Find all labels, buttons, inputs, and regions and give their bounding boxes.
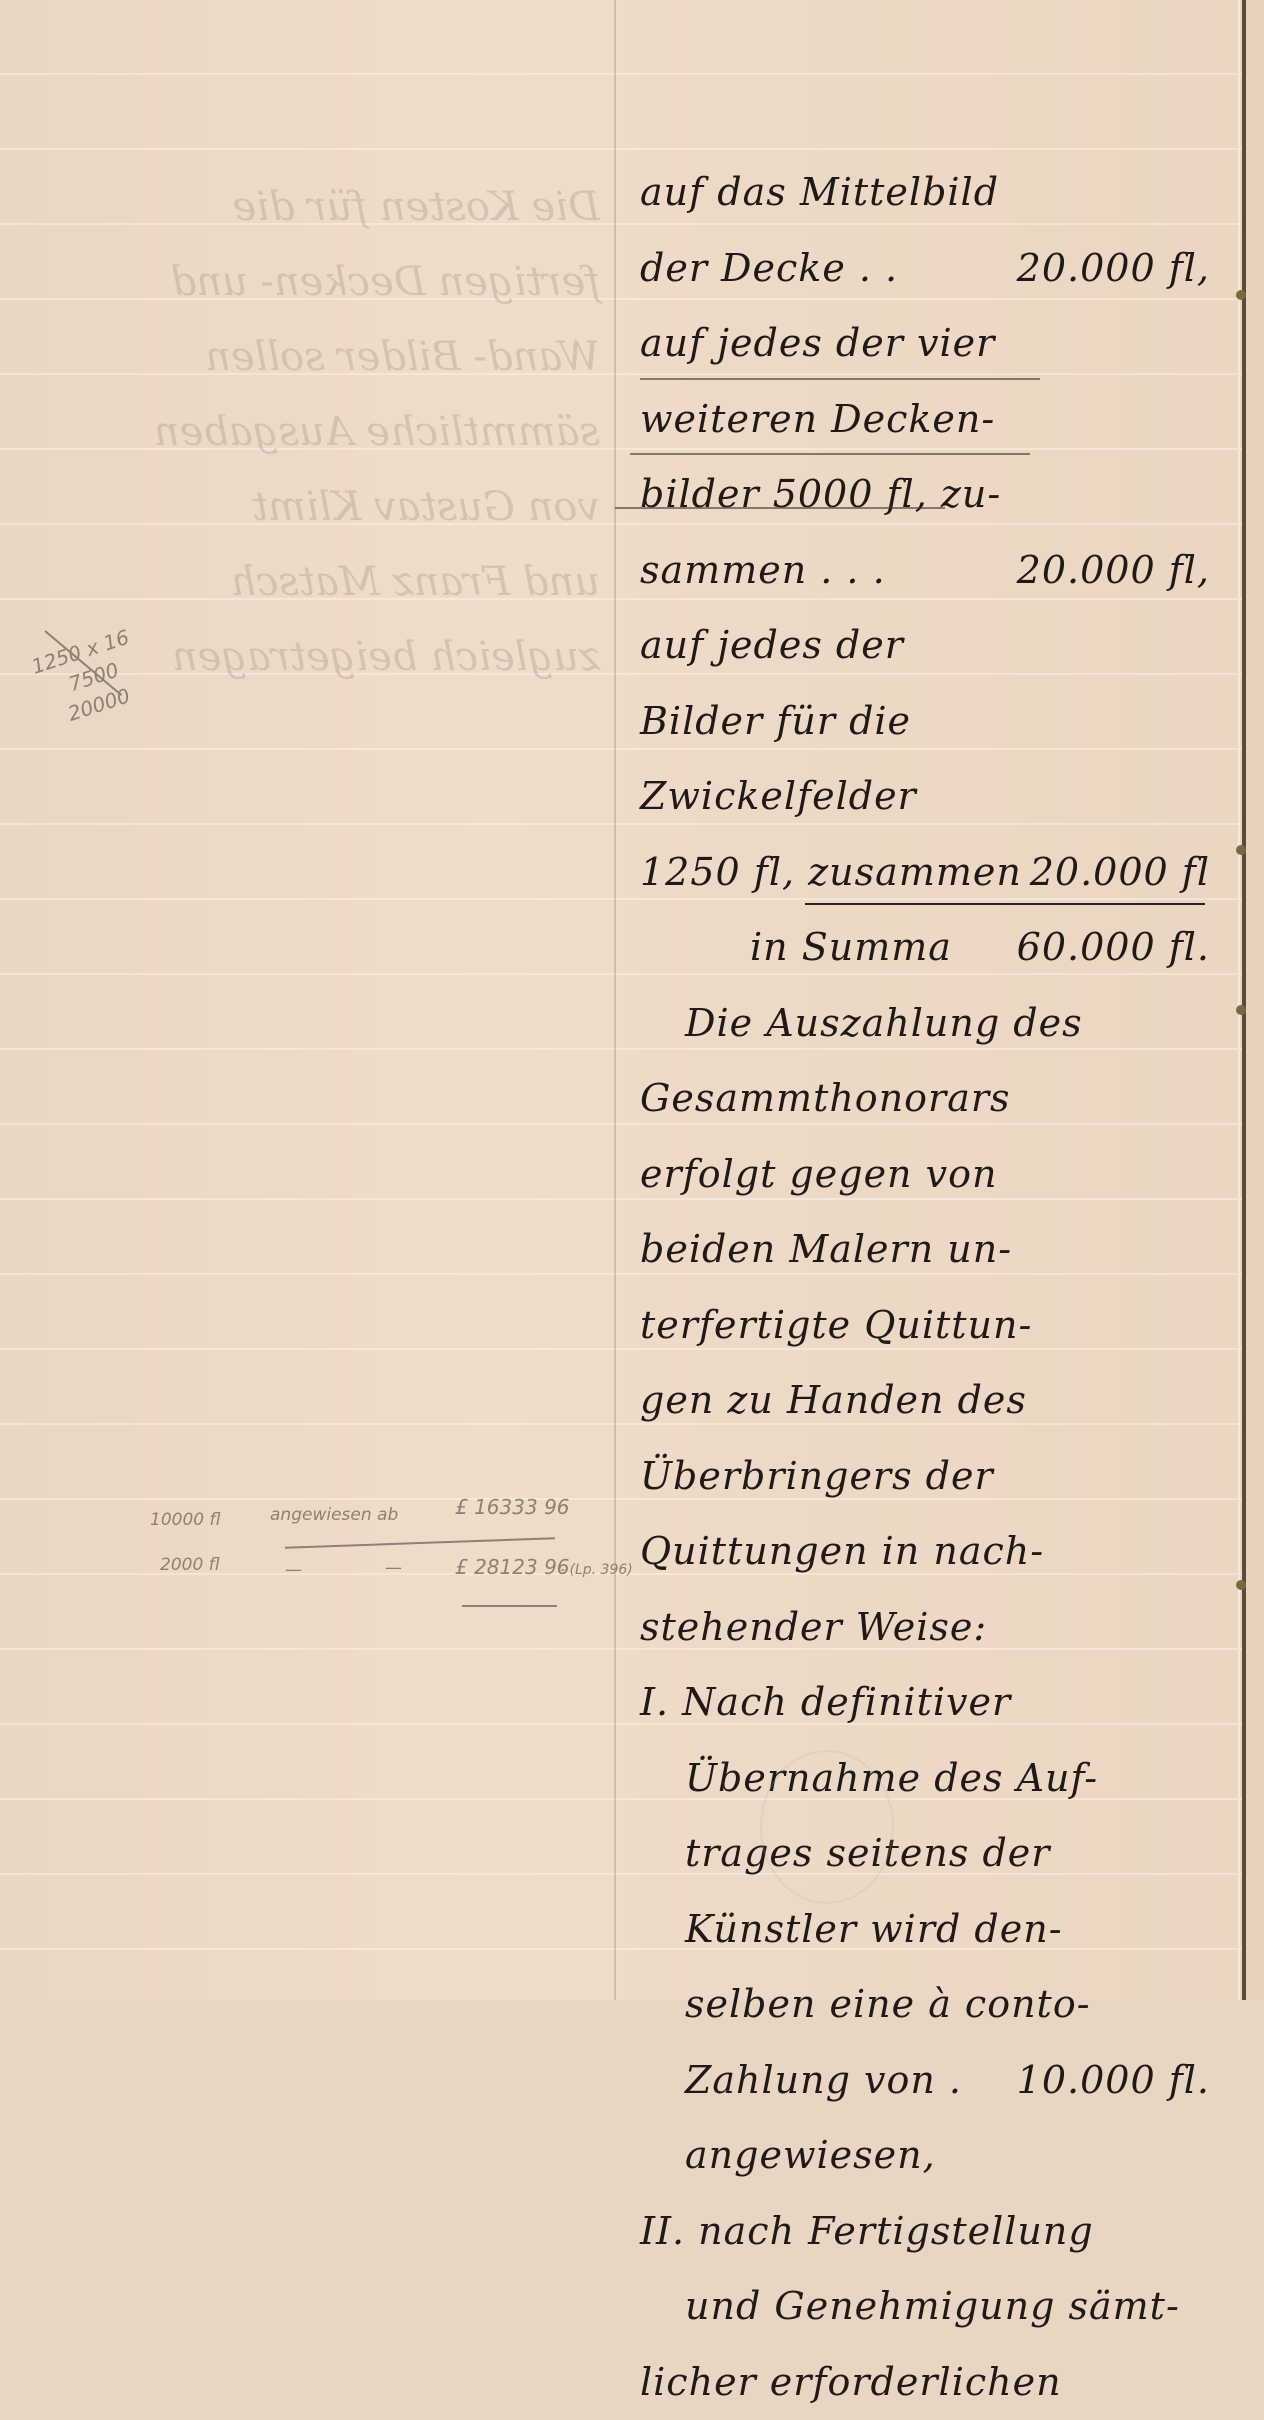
- binding-highlight: [1238, 0, 1240, 2000]
- text-line: stehender Weise:: [640, 1590, 1230, 1666]
- text-line: auf jedes der: [640, 608, 1230, 684]
- faint-stamp-mark: [760, 1750, 894, 1904]
- note-row2-dash1: —: [285, 1560, 302, 1580]
- text-line: der Decke . .20.000 fl,: [640, 231, 1230, 307]
- text-line: weiteren Decken-: [640, 382, 1230, 458]
- note-row2-total: £ 28123 96: [455, 1555, 570, 1579]
- text-line: auf jedes der vier: [640, 306, 1230, 382]
- next-page-edge: [1246, 0, 1264, 2000]
- note-row1-text: angewiesen ab: [270, 1505, 398, 1525]
- text-line: Künstler wird den-: [640, 1892, 1230, 1968]
- binding-stitch: [1236, 1580, 1246, 1590]
- note-row2-dash2: —: [385, 1558, 402, 1578]
- text-line: bilder 5000 fl, zu-: [640, 457, 1230, 533]
- text-line: in Summa60.000 fl.: [640, 910, 1230, 986]
- amount: 20.000 fl,: [1017, 533, 1210, 608]
- pencil-underline: [640, 378, 1040, 380]
- text-line: Die Auszahlung des: [640, 986, 1230, 1062]
- total-amount: 60.000 fl.: [1017, 910, 1210, 985]
- pencil-underline: [615, 507, 945, 509]
- note-row1-amount: 10000 fl: [150, 1510, 220, 1530]
- binding-stitch: [1236, 290, 1246, 300]
- main-text-column: auf das Mittelbild der Decke . .20.000 f…: [640, 155, 1230, 2000]
- binding-stitch: [1236, 1005, 1246, 1015]
- text-line: auf das Mittelbild: [640, 155, 1230, 231]
- sum-rule: [805, 903, 1205, 905]
- pencil-underline: [630, 453, 1030, 455]
- manuscript-page: Die Kosten für die fertigen Decken- und …: [0, 0, 1242, 2000]
- text-line: beiden Malern un-: [640, 1212, 1230, 1288]
- amount: 20.000 fl,: [1017, 231, 1210, 306]
- note-row2-amount: 2000 fl: [160, 1555, 220, 1575]
- text-line: erfolgt gegen von: [640, 1137, 1230, 1213]
- text-line: 1250 fl, zusammen20.000 fl: [640, 835, 1230, 911]
- text-line: Überbringers der: [640, 1439, 1230, 1515]
- text-line: Übernahme des Auf-: [640, 1741, 1230, 1817]
- text-line: gen zu Handen des: [640, 1363, 1230, 1439]
- text-line: sammen . . .20.000 fl,: [640, 533, 1230, 609]
- text-line: Zwickelfelder: [640, 759, 1230, 835]
- binding-stitch: [1236, 845, 1246, 855]
- text-line: Quittungen in nach-: [640, 1514, 1230, 1590]
- amount: 20.000 fl: [1030, 835, 1210, 910]
- text-line: terfertigte Quittun-: [640, 1288, 1230, 1364]
- text-line: selben eine à conto-: [640, 1967, 1230, 2000]
- note-row1-total: £ 16333 96: [455, 1495, 570, 1519]
- bleed-through-text: Die Kosten für die fertigen Decken- und …: [40, 170, 600, 695]
- note-underline-2: [462, 1605, 557, 1607]
- text-line: trages seitens der: [640, 1816, 1230, 1892]
- note-row2-suffix: - (Lp. 396): [560, 1562, 633, 1578]
- column-fold: [614, 0, 616, 2000]
- text-line: Gesammthonorars: [640, 1061, 1230, 1137]
- text-line: Bilder für die: [640, 684, 1230, 760]
- text-line: I. Nach definitiver: [640, 1665, 1230, 1741]
